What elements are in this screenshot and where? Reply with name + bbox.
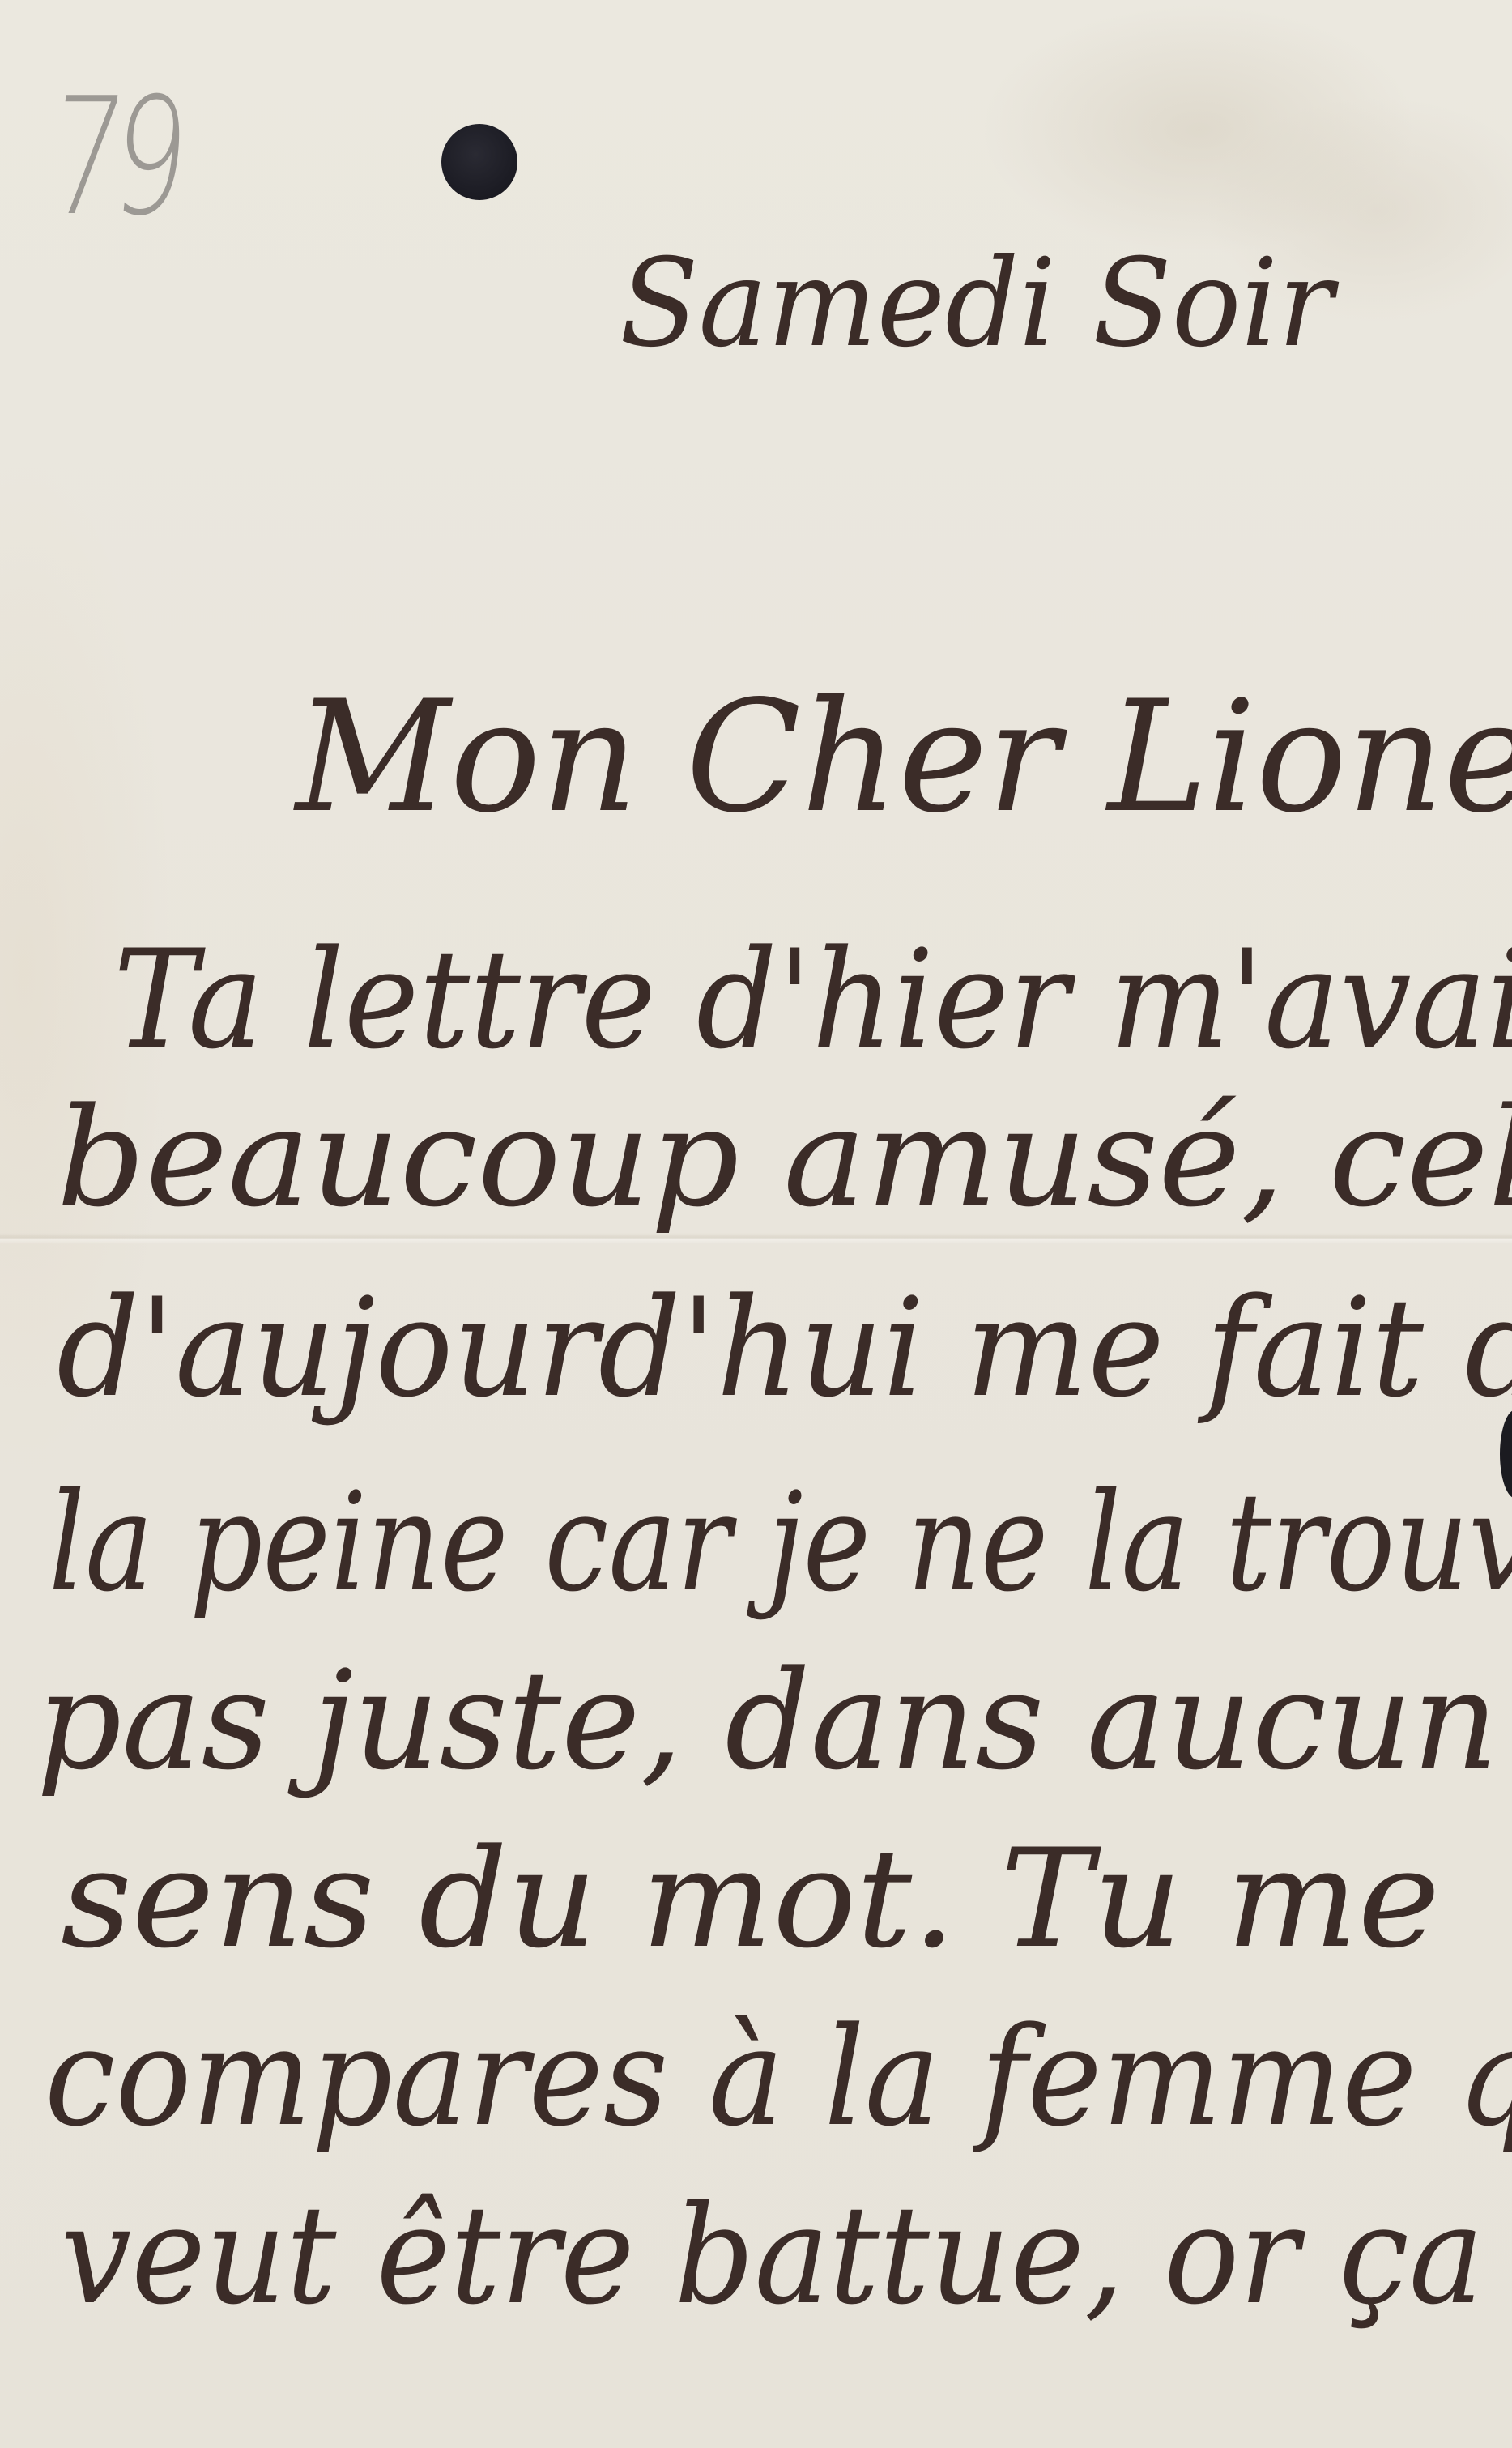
body-line-8: veut être battue, or ça ne (61, 2187, 1512, 2323)
body-line-6: sens du mot. Tu me (61, 1831, 1440, 1967)
salutation: Mon Cher Lionel (296, 680, 1512, 834)
punch-hole-icon (441, 124, 517, 200)
body-line-3: d'aujourd'hui me fait de (57, 1280, 1512, 1416)
body-line-5: pas juste, dans aucun des (36, 1653, 1512, 1789)
body-line-1: Ta lettre d'hier m'avait (113, 932, 1512, 1068)
letter-sheet: 79 Samedi Soir Mon Cher Lionel Ta lettre… (0, 0, 1512, 2448)
body-line-4: la peine car je ne la trouve (49, 1474, 1512, 1610)
folio-number: 79 (41, 77, 185, 239)
body-line-7: compares à la femme qui (45, 2009, 1512, 2145)
body-line-2: beaucoup amusé, celle (57, 1090, 1512, 1226)
date-line: Samedi Soir (620, 243, 1333, 365)
